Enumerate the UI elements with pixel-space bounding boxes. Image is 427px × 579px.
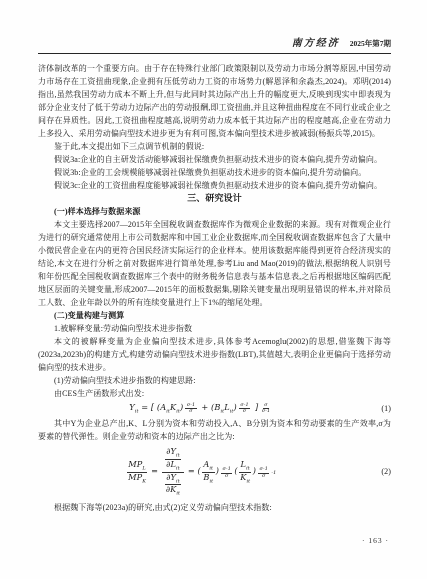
page-header: 南方经济 2025年第7期 bbox=[38, 34, 391, 53]
page-footer: · 163 · bbox=[362, 536, 389, 545]
item-construction-idea: (1)劳动偏向型技术进步指数的构建思路: bbox=[38, 374, 391, 387]
paragraph-lbt-index: 本文的被解释变量为企业偏向型技术进步,具体参考Acemoglu(2002)的思想… bbox=[38, 335, 391, 374]
paragraph-sample-data: 本文主要选择2007—2015年全国税收调查数据库作为微观企业数据的来源。现有对… bbox=[38, 218, 391, 309]
equation-1-number: (1) bbox=[365, 404, 391, 414]
hypothesis-3b: 假说3b:企业的工会规模能够减弱社保缴费负担驱动技术进步的资本偏向,提升劳动偏向… bbox=[38, 166, 391, 179]
equation-2-number: (2) bbox=[365, 467, 391, 477]
subsection2-title: (二)变量构建与测算 bbox=[38, 309, 391, 322]
journal-page: 南方经济 2025年第7期 济体制改革的一个重要方向。由于存在特殊行业部门政策限… bbox=[0, 0, 427, 579]
item-dependent-variable: 1.被解释变量:劳动偏向型技术进步指数 bbox=[38, 322, 391, 335]
issue-label: 2025年第7期 bbox=[350, 38, 391, 49]
paragraph-continuation: 济体制改革的一个重要方向。由于存在特殊行业部门政策限制以及劳动力市场分割等原因,… bbox=[38, 62, 391, 140]
paragraph-hypothesis-intro: 鉴于此,本文提出如下三点调节机制的假说: bbox=[38, 140, 391, 153]
equation-2-row: MPLMPK = ∂Yit∂Lit∂Yit∂Kit = (AitBit)σ-1σ… bbox=[38, 447, 391, 496]
section-title: 三、研究设计 bbox=[38, 192, 391, 205]
page-number: · 163 · bbox=[362, 536, 389, 545]
journal-name: 南方经济 bbox=[292, 34, 340, 49]
paragraph-define-index: 根据魏下海等(2023a)的研究,由式(2)定义劳动偏向型技术指数: bbox=[38, 501, 391, 514]
subsection1-title: (一)样本选择与数据来源 bbox=[38, 205, 391, 218]
article-body: 济体制改革的一个重要方向。由于存在特殊行业部门政策限制以及劳动力市场分割等原因,… bbox=[38, 62, 391, 514]
hypothesis-3c: 假说3c:企业的工资扭曲程度能够减弱社保缴费负担驱动技术进步的资本偏向,提升劳动… bbox=[38, 179, 391, 192]
equation-1-formula: Yit = [ (AitKit)σ-1σ + (BitLit)σ-1σ ]σσ-… bbox=[38, 402, 365, 415]
equation-1-row: Yit = [ (AitKit)σ-1σ + (BitLit)σ-1σ ]σσ-… bbox=[38, 402, 391, 415]
header-rule bbox=[38, 53, 391, 54]
equation-2-formula: MPLMPK = ∂Yit∂Lit∂Yit∂Kit = (AitBit)σ-1σ… bbox=[38, 447, 365, 496]
hypothesis-3a: 假说3a:企业的自主研发活动能够减弱社保缴费负担驱动技术进步的资本偏向,提升劳动… bbox=[38, 153, 391, 166]
paragraph-ces-intro: 由CES生产函数形式出发: bbox=[38, 387, 391, 400]
paragraph-marginal-product: 其中Y为企业总产出,K、L分别为资本和劳动投入,A、B分别为资本和劳动要素的生产… bbox=[38, 417, 391, 443]
